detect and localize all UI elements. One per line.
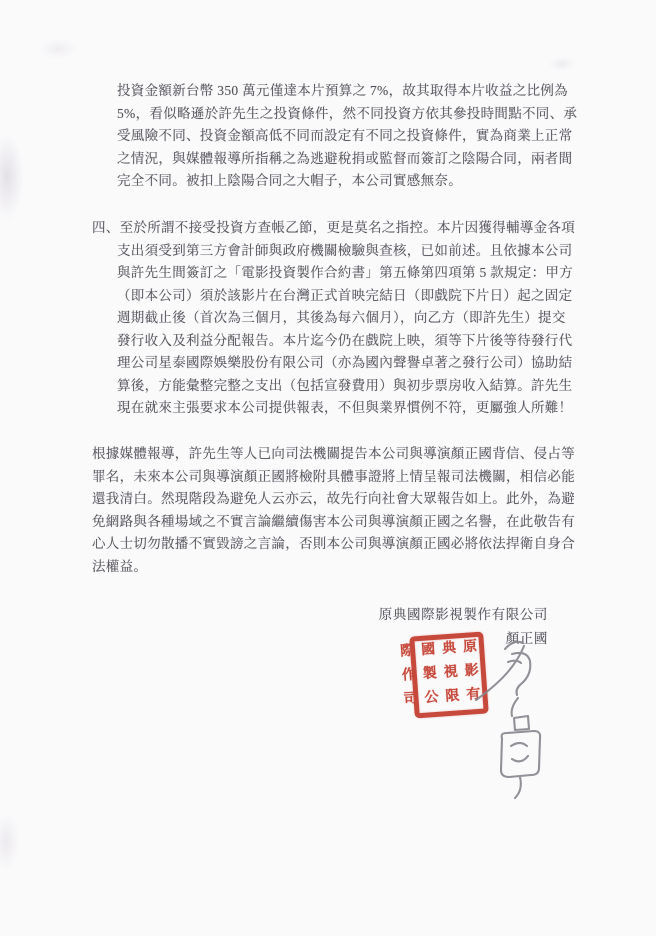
text-line: 現在就來主張要求本公司提供報表，不但與業界慣例不符，更屬強人所難！ xyxy=(92,397,575,420)
scanned-document-page: 投資金額新台幣 350 萬元僅達本片預算之 7%，故其取得本片收益之比例為 5%… xyxy=(0,0,656,936)
scan-smudge xyxy=(0,812,20,872)
paragraph-item-four: 四、至於所謂不接受投資方查帳乙節，更是莫名之指控。本片因獲得輔導金各項 支出須受… xyxy=(92,217,575,420)
text-line: 算後，方能彙整完整之支出（包括宣發費用）與初步票房收入結算。許先生 xyxy=(92,375,575,398)
scan-smudge xyxy=(38,38,78,60)
handwritten-signature xyxy=(468,632,553,804)
paragraph-investment-conditions: 投資金額新台幣 350 萬元僅達本片預算之 7%，故其取得本片收益之比例為 5%… xyxy=(117,80,577,193)
text-line: 理公司星泰國際娛樂股份有限公司（亦為國內聲譽卓著之發行公司）協助結 xyxy=(92,352,575,375)
text-line: 心人士切勿散播不實毀謗之言論，否則本公司與導演顏正國必將依法捍衛自身合 xyxy=(92,533,575,556)
text-line: 5%，看似略遜於許先生之投資條件，然不同投資方依其參投時間點不同、承 xyxy=(117,103,577,126)
text-line: 投資金額新台幣 350 萬元僅達本片預算之 7%，故其取得本片收益之比例為 xyxy=(117,80,577,103)
text-line: 還我清白。然現階段為避免人云亦云，故先行向社會大眾報告如上。此外，為避 xyxy=(92,488,575,511)
company-name: 原典國際影視製作有限公司 xyxy=(379,605,548,625)
text-line: 週期截止後（首次為三個月，其後為每六個月），向乙方（即許先生）提交 xyxy=(92,307,575,330)
text-line: （即本公司）須於該影片在台灣正式首映完結日（即戲院下片日）起之固定 xyxy=(92,285,575,308)
text-line: 與許先生間簽訂之「電影投資製作合約書」第五條第四項第 5 款規定：甲方 xyxy=(92,262,575,285)
text-line: 法權益。 xyxy=(92,556,575,579)
scan-smudge xyxy=(548,56,576,72)
text-line: 根據媒體報導，許先生等人已向司法機關提告本公司與導演顏正國背信、侵占等 xyxy=(92,443,575,466)
text-line: 免網路與各種場域之不實言論繼續傷害本公司與導演顏正國之名譽，在此敬告有 xyxy=(92,511,575,534)
scan-smudge xyxy=(0,132,24,222)
text-line: 完全不同。被扣上陰陽合同之大帽子，本公司實感無奈。 xyxy=(117,170,577,193)
text-line: 支出須受到第三方會計師與政府機關檢驗與查核，已如前述。且依據本公司 xyxy=(92,240,575,263)
text-line: 受風險不同、投資金額高低不同而設定有不同之投資條件，實為商業上正常 xyxy=(117,125,577,148)
text-line: 發行收入及利益分配報告。本片迄今仍在戲院上映，須等下片後等待發行代 xyxy=(92,330,575,353)
text-line: 四、至於所謂不接受投資方查帳乙節，更是莫名之指控。本片因獲得輔導金各項 xyxy=(92,217,575,240)
text-line: 之情況，與媒體報導所指稱之為逃避稅捐或監督而簽訂之陰陽合同，兩者間 xyxy=(117,148,577,171)
paragraph-closing-statement: 根據媒體報導，許先生等人已向司法機關提告本公司與導演顏正國背信、侵占等 罪名，未… xyxy=(92,443,575,578)
text-line: 罪名，未來本公司與導演顏正國將檢附具體事證將上情呈報司法機關，相信必能 xyxy=(92,466,575,489)
